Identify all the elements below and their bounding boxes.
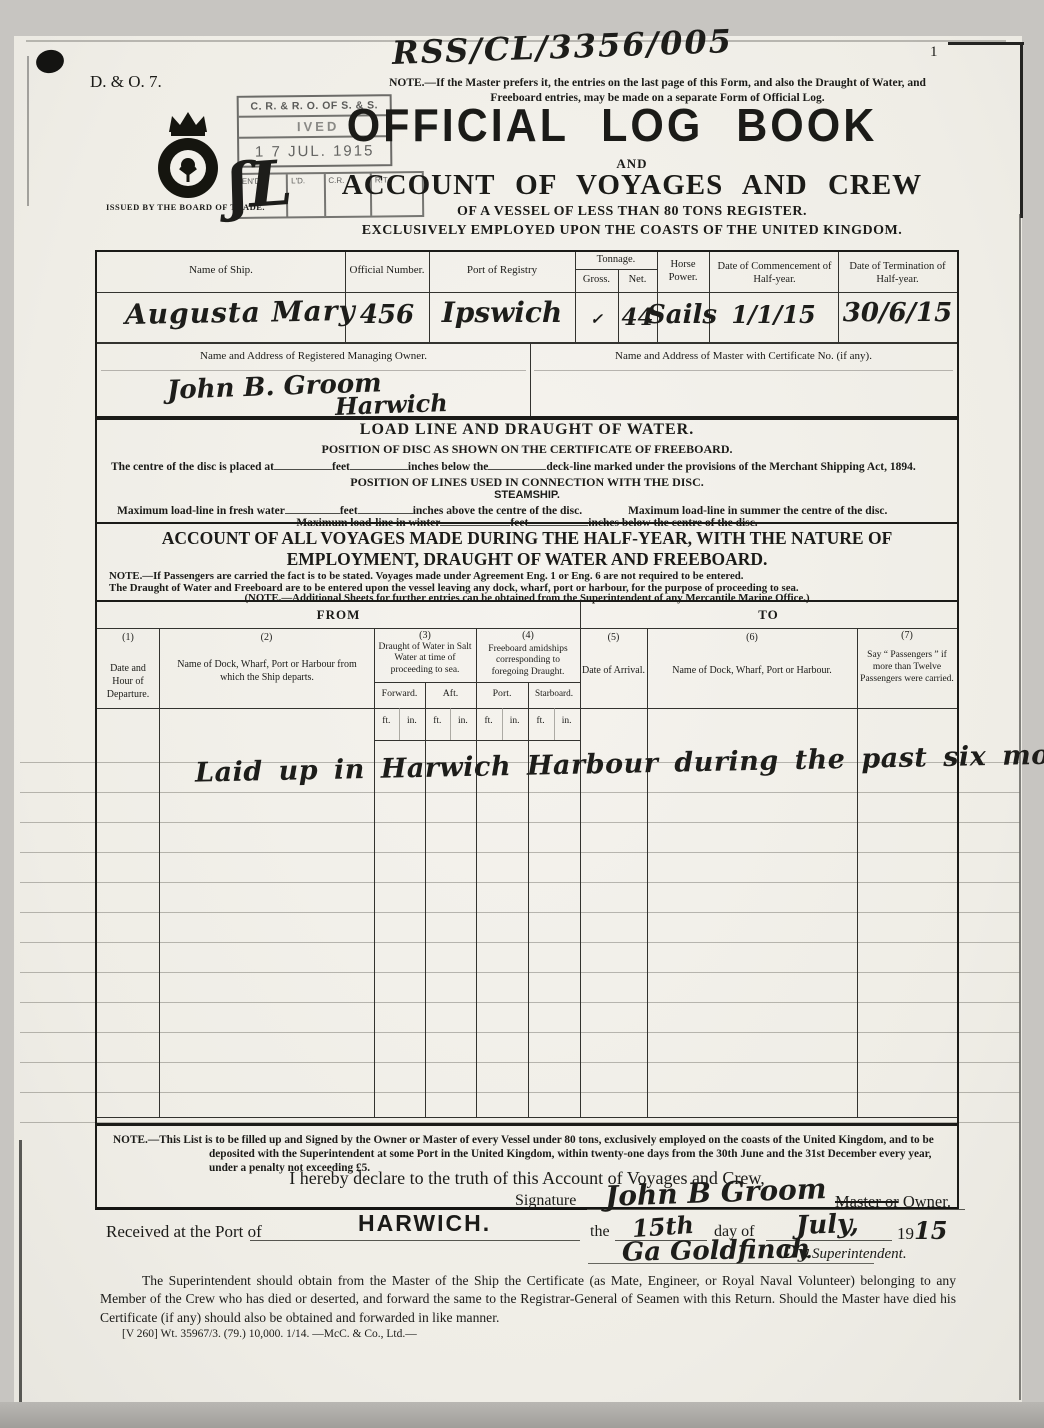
tagline-coasts: EXCLUSIVELY EMPLOYED UPON THE COASTS OF … <box>292 223 972 239</box>
col-num: (4) <box>476 630 580 641</box>
owner-word: Owner. <box>903 1192 951 1211</box>
subheader-topline <box>374 682 580 683</box>
col-line <box>374 628 375 1117</box>
col-num: (7) <box>857 630 957 641</box>
tagline-tons: OF A VESSEL OF LESS THAN 80 TONS REGISTE… <box>292 204 972 220</box>
header-bottom-line <box>97 708 957 709</box>
year-written-handwritten: 15 <box>914 1216 947 1245</box>
horse-power-header: Horse Power. <box>657 258 709 284</box>
received-port-line <box>250 1240 580 1241</box>
ship-col-line <box>575 252 576 342</box>
port-of-registry-header: Port of Registry <box>429 264 575 276</box>
col-num: (1) <box>97 632 159 643</box>
board-of-trade-crest-icon <box>148 108 228 204</box>
main-title: OFFICIAL LOG BOOK <box>272 100 952 153</box>
position-disc-line: POSITION OF DISC AS SHOWN ON THE CERTIFI… <box>97 442 957 457</box>
ftin-cell: ft.in. <box>476 716 528 726</box>
table-bottom-thin <box>97 1117 957 1118</box>
termination-header: Date of Termination of Half-year. <box>840 260 955 286</box>
account-heading-line2: EMPLOYMENT, DRAUGHT OF WATER AND FREEBOA… <box>97 549 957 570</box>
blank-fresh-inches <box>358 502 413 514</box>
page-corner-mark-v <box>1020 42 1023 218</box>
feet-word: feet <box>332 461 350 473</box>
account-heading-line1: ACCOUNT OF ALL VOYAGES MADE DURING THE H… <box>97 528 957 549</box>
account-note1: NOTE.—If Passengers are carried the fact… <box>109 570 743 582</box>
in-label: in. <box>458 716 468 726</box>
col-line <box>159 628 160 1117</box>
disc-centre-line: The centre of the disc is placed atfeeti… <box>111 458 951 473</box>
in-label: in. <box>510 716 520 726</box>
col-label-to-port: Name of Dock, Wharf, Port or Harbour. <box>662 664 842 677</box>
disc-centre-post: deck-line marked under the provisions of… <box>546 461 915 473</box>
ft-label: ft. <box>382 716 390 726</box>
tonnage-gross-value: ✓ <box>575 310 618 328</box>
blank-deckline <box>488 458 546 470</box>
voyage-entry-handwritten: Laid up in Harwich Harbour during the pa… <box>195 738 1044 788</box>
by-word-handwritten: Dy. <box>782 1242 812 1263</box>
ship-particulars-table: Name of Ship. Official Number. Port of R… <box>95 250 959 420</box>
ship-values-underline <box>97 342 957 344</box>
load-line-title: LOAD LINE AND DRAUGHT OF WATER. <box>97 421 957 439</box>
from-label: FROM <box>97 607 580 623</box>
ship-name-header: Name of Ship. <box>97 264 345 276</box>
ft-label: ft. <box>485 716 493 726</box>
termination-value: 30/6/15 <box>838 298 957 328</box>
official-number-value: 456 <box>345 300 429 330</box>
top-note-line1: NOTE.—If the Master prefers it, the entr… <box>330 76 985 91</box>
disc-centre-pre: The centre of the disc is placed at <box>111 461 274 473</box>
tonnage-header: Tonnage. <box>575 254 657 265</box>
fromto-underline <box>97 628 957 629</box>
ship-col-line <box>838 252 839 342</box>
ftin-cell: ft.in. <box>425 716 476 726</box>
ftin-cell: ft.in. <box>528 716 580 726</box>
account-heading-section: ACCOUNT OF ALL VOYAGES MADE DURING THE H… <box>95 522 959 602</box>
subcol-line <box>528 682 529 1117</box>
signature-label: Signature <box>515 1192 576 1210</box>
voyages-table: FROM TO (1) (2) (3) (4) (5) (6) (7) Date… <box>95 600 959 1210</box>
form-code: D. & O. 7. <box>90 72 162 92</box>
ft-label: ft. <box>537 716 545 726</box>
master-header-rule <box>534 370 953 371</box>
page-left-edge-mark <box>27 56 29 206</box>
sub-forward: Forward. <box>374 688 425 699</box>
in-label: in. <box>407 716 417 726</box>
col-line <box>647 628 648 1117</box>
page-corner-mark-h <box>948 42 1024 45</box>
ftin-cell: ft.in. <box>374 716 425 726</box>
page-number: 1 <box>930 44 938 61</box>
ship-header-underline <box>97 292 957 293</box>
the-word: the <box>590 1223 610 1241</box>
master-or-owner: Master or Owner. <box>835 1192 951 1212</box>
to-label: TO <box>580 607 957 623</box>
in-label: in. <box>562 716 572 726</box>
net-header: Net. <box>618 274 657 285</box>
port-of-registry-value: Ipswich <box>429 296 575 329</box>
sub-starboard: Starboard. <box>528 688 580 698</box>
disc-centre-mid: inches below the <box>408 461 489 473</box>
col-num: (6) <box>647 632 857 643</box>
page-left-bottom-edge <box>19 1140 22 1428</box>
signature-value-handwritten: John B Groom <box>604 1172 826 1213</box>
col-label-draught: Draught of Water in Salt Water at time o… <box>378 642 472 676</box>
commencement-header: Date of Commencement of Half-year. <box>711 260 838 286</box>
horse-power-value: Sails <box>647 300 709 330</box>
gross-header: Gross. <box>575 274 618 285</box>
master-header: Name and Address of Master with Certific… <box>530 350 957 362</box>
col-line <box>857 628 858 1117</box>
blank-fresh-feet <box>285 502 340 514</box>
master-or-struck: Master or <box>835 1192 899 1211</box>
managing-owner-header: Name and Address of Registered Managing … <box>97 350 530 362</box>
col-line <box>580 602 581 1117</box>
scan-bottom-strip <box>0 1402 1044 1428</box>
col-num: (5) <box>580 632 647 643</box>
stamp-initials-handwritten: ʃL <box>226 146 295 223</box>
col-label-freeboard: Freeboard amidships corresponding to for… <box>480 644 576 678</box>
superintendent-word: Superintendent. <box>812 1246 907 1263</box>
col-label-departure: Date and Hour of Departure. <box>99 662 157 701</box>
year-printed: 19 <box>897 1224 914 1243</box>
col-line <box>476 628 477 1117</box>
sub-port: Port. <box>476 688 528 699</box>
declaration-statement: I hereby declare to the truth of this Ac… <box>97 1168 957 1189</box>
col-num: (2) <box>159 632 374 643</box>
ftin-bottom-line <box>374 740 580 741</box>
ft-label: ft. <box>433 716 441 726</box>
col-num: (3) <box>374 630 476 641</box>
blank-inches <box>350 458 408 470</box>
scanned-log-book-page: RSS/CL/3356/005 1 D. & O. 7. NOTE.—If th… <box>0 0 1044 1428</box>
year-group: 1915 <box>897 1216 947 1245</box>
col-label-arrival: Date of Arrival. <box>580 664 647 677</box>
tonnage-underline <box>575 269 657 270</box>
subcol-line <box>425 682 426 1117</box>
position-lines-line: POSITION OF LINES USED IN CONNECTION WIT… <box>97 475 957 490</box>
received-label: Received at the Port of <box>106 1222 262 1242</box>
table-bottom-thick <box>97 1123 957 1126</box>
ship-name-value: Augusta Mary <box>125 294 356 331</box>
subtitle: ACCOUNT OF VOYAGES AND CREW <box>292 169 972 202</box>
blank-feet <box>274 458 332 470</box>
load-line-section: LOAD LINE AND DRAUGHT OF WATER. POSITION… <box>95 416 959 524</box>
harwich-stamp: HARWICH. <box>358 1210 491 1237</box>
printer-imprint: [V 260] Wt. 35967/3. (79.) 10,000. 1/14.… <box>122 1328 417 1340</box>
official-number-header: Official Number. <box>345 264 429 276</box>
col-label-from-port: Name of Dock, Wharf, Port or Harbour fro… <box>171 658 363 684</box>
col-label-passengers: Say “ Passengers ” if more than Twelve P… <box>859 650 955 686</box>
steamship-label: STEAMSHIP. <box>97 489 957 501</box>
commencement-value: 1/1/15 <box>709 300 838 329</box>
superintendent-instructions: The Superintendent should obtain from th… <box>100 1272 956 1327</box>
sub-aft: Aft. <box>425 688 476 699</box>
